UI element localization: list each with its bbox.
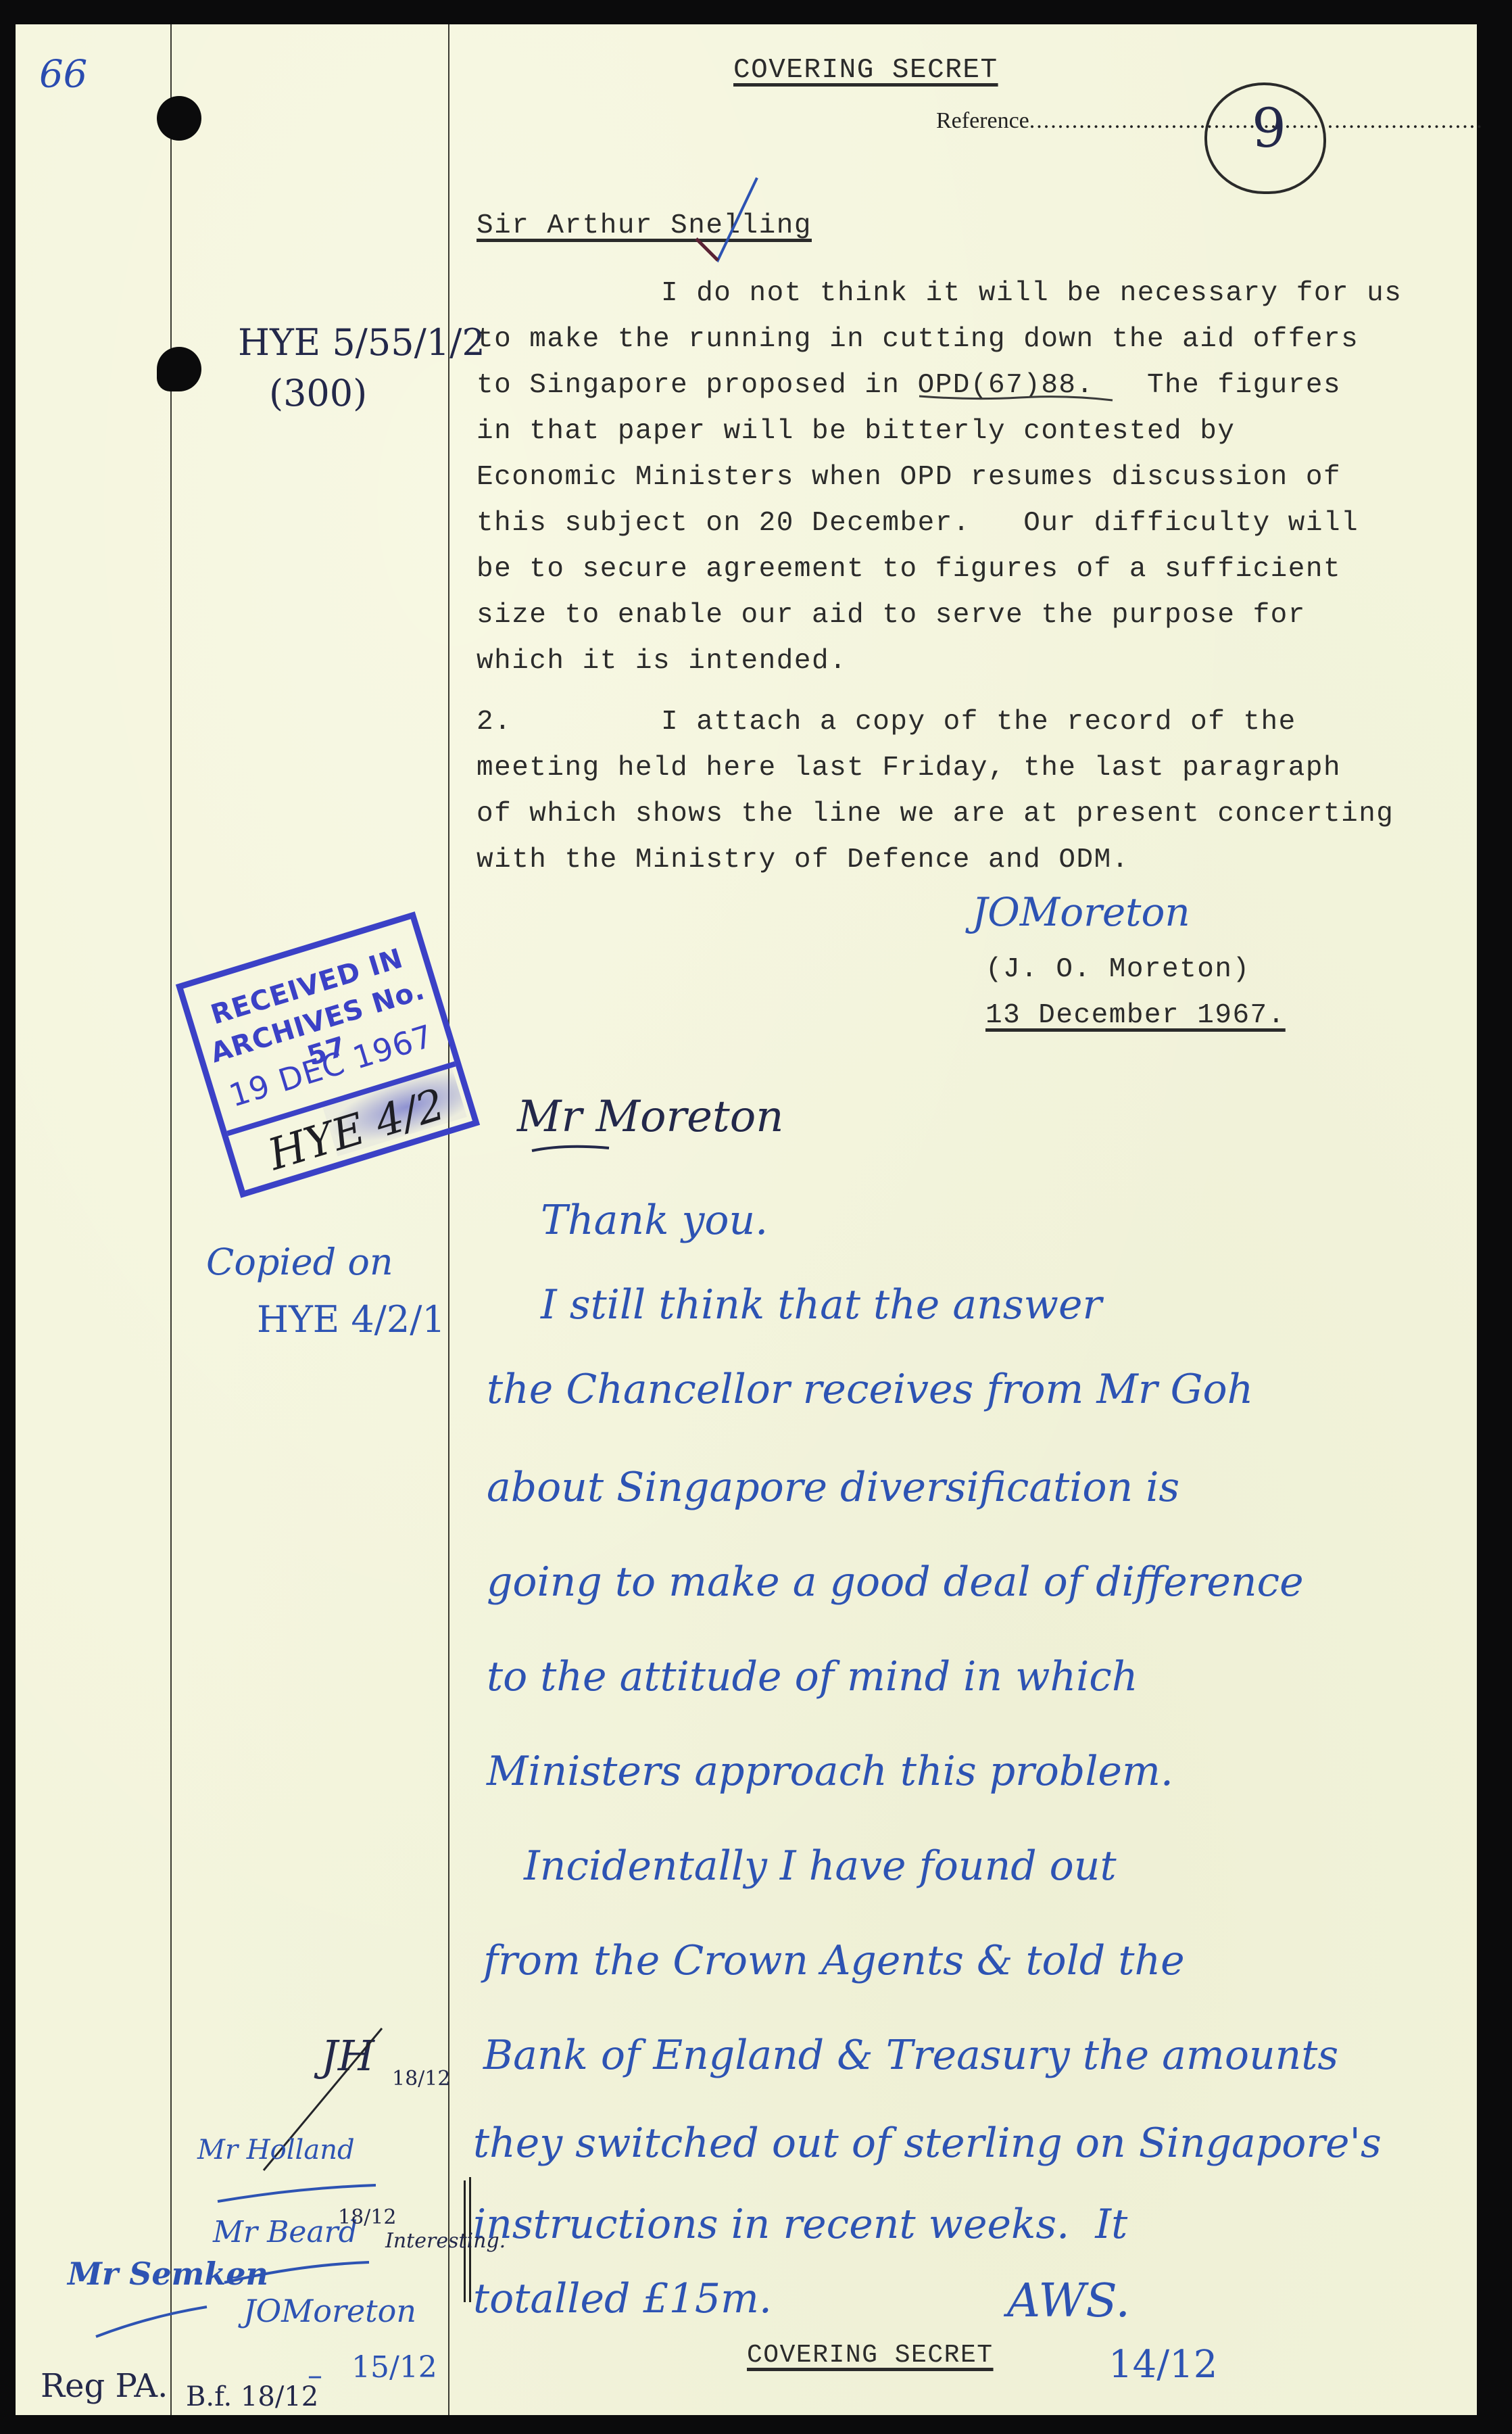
classification-footer: COVERING SECRET	[747, 2333, 994, 2379]
routing-reg-pa: Reg PA.	[41, 2370, 168, 2402]
punch-hole-lower	[157, 347, 201, 391]
para1-line: to make the running in cutting down the …	[477, 316, 1359, 362]
routing-beard-note: Interesting.	[385, 2231, 506, 2251]
routing-to-beard: Mr Beard	[213, 2218, 358, 2247]
routing-underline-1	[216, 2184, 379, 2204]
para2-line: I attach a copy of the record of the	[661, 699, 1296, 745]
signatory-name: (J. O. Moreton)	[985, 947, 1250, 993]
folio-number: 99	[39, 53, 87, 91]
tick-mark-icon	[689, 172, 764, 267]
margin-rule-right	[448, 24, 449, 2415]
para1-line: which it is intended.	[477, 638, 847, 684]
para1-line: I do not think it will be necessary for …	[661, 270, 1402, 316]
routing-beard-date: 18/12	[338, 2208, 396, 2228]
minute-salutation: Mr Moreton	[517, 1095, 783, 1139]
para1-line: to Singapore proposed in OPD(67)88. The …	[477, 362, 1341, 408]
para1-line: in that paper will be bitterly contested…	[477, 408, 1235, 454]
reference-number: 9	[1252, 101, 1286, 156]
minute-line: the Chancellor receives from Mr Goh	[487, 1369, 1253, 1410]
file-reference: HYE 5/55/1/2	[238, 325, 485, 361]
para1-line: be to secure agreement to figures of a s…	[477, 546, 1341, 592]
salutation-underline	[531, 1143, 612, 1156]
minute-date: 14/12	[1108, 2346, 1217, 2384]
routing-bf-note: B.f. 18/12	[186, 2383, 318, 2410]
para2-line: of which shows the line we are at presen…	[477, 791, 1394, 837]
classification-header: COVERING SECRET	[733, 47, 998, 93]
routing-left-scrawl: Mr Semken	[68, 2258, 268, 2289]
copied-note-line1: Copied on	[206, 1244, 393, 1281]
minute-line: to the attitude of mind in which	[487, 1656, 1138, 1697]
minute-initials: AWS.	[1007, 2278, 1130, 2324]
minute-line: going to make a good deal of difference	[487, 1562, 1304, 1602]
document-date: 13 December 1967.	[985, 993, 1286, 1039]
minute-line: Ministers approach this problem.	[487, 1751, 1173, 1792]
minute-line: they switched out of sterling on Singapo…	[473, 2123, 1382, 2164]
minute-line: from the Crown Agents & told the	[483, 1940, 1185, 1981]
minute-line: Bank of England & Treasury the amounts	[483, 2035, 1338, 2076]
copied-note-line2: HYE 4/2/1	[257, 1302, 445, 1338]
routing-moreton-date: 15/12	[351, 2353, 437, 2383]
para2-line: meeting held here last Friday, the last …	[477, 745, 1341, 791]
punch-hole-top	[157, 96, 201, 141]
minute-line: about Singapore diversification is	[487, 1467, 1179, 1508]
para1-line: this subject on 20 December. Our difficu…	[477, 500, 1359, 546]
para2-line: with the Ministry of Defence and ODM.	[477, 837, 1129, 883]
minute-line: totalled £15m.	[473, 2278, 772, 2319]
minute-line: instructions in recent weeks. It	[473, 2204, 1127, 2245]
moreton-signature: JOMoreton	[972, 892, 1190, 932]
minute-line: I still think that the answer	[541, 1285, 1102, 1325]
routing-initials-date: 18/12	[392, 2069, 450, 2089]
handwritten-underline-opd	[918, 391, 1114, 404]
para1-line: Economic Ministers when OPD resumes disc…	[477, 454, 1341, 500]
minute-line: Thank you.	[541, 1200, 768, 1241]
routing-to-holland: Mr Holland	[197, 2137, 355, 2164]
minute-line: Incidentally I have found out	[524, 1846, 1117, 1886]
para1-line: size to enable our aid to serve the purp…	[477, 592, 1306, 638]
file-reference-sub: (300)	[269, 375, 367, 412]
para2-number: 2.	[477, 699, 512, 745]
routing-moreton-scrawl: JOMoreton	[243, 2295, 416, 2326]
routing-underline-3	[95, 2299, 210, 2339]
